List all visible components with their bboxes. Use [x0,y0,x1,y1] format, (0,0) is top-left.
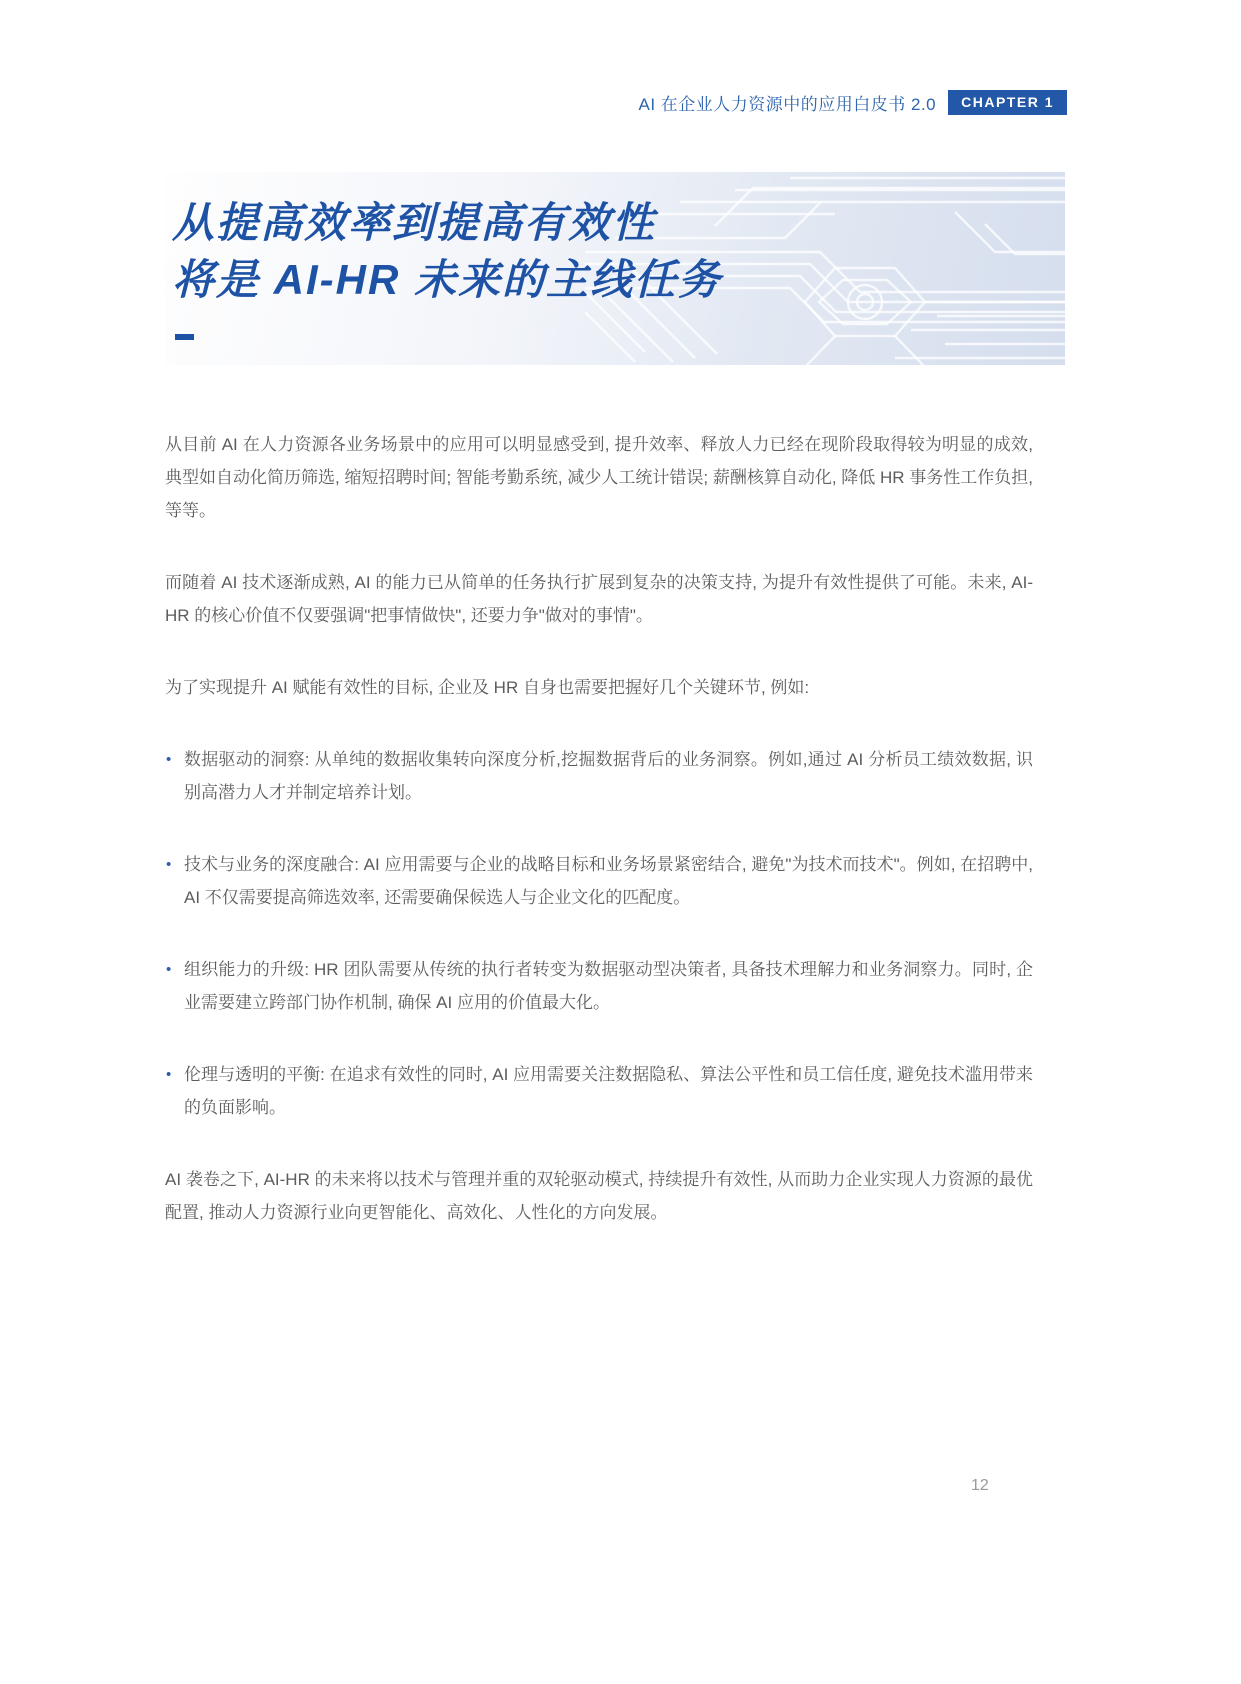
list-item-text: 组织能力的升级: HR 团队需要从传统的执行者转变为数据驱动型决策者, 具备技术… [184,960,1033,1012]
banner-title-line2: 将是 AI-HR 未来的主线任务 [172,251,722,308]
bullet-dot-icon: • [166,743,171,776]
bullet-dot-icon: • [166,848,171,881]
page-number: 12 [971,1477,989,1495]
title-banner: 从提高效率到提高有效性 将是 AI-HR 未来的主线任务 [165,172,1065,365]
paragraph-closing: AI 袭卷之下, AI-HR 的未来将以技术与管理并重的双轮驱动模式, 持续提升… [165,1163,1033,1229]
key-points-list: • 数据驱动的洞察: 从单纯的数据收集转向深度分析,挖掘数据背后的业务洞察。例如… [165,743,1033,1124]
list-item-text: 数据驱动的洞察: 从单纯的数据收集转向深度分析,挖掘数据背后的业务洞察。例如,通… [184,750,1033,802]
paragraph-maturity: 而随着 AI 技术逐渐成熟, AI 的能力已从简单的任务执行扩展到复杂的决策支持… [165,566,1033,632]
list-item: • 技术与业务的深度融合: AI 应用需要与企业的战略目标和业务场景紧密结合, … [165,848,1033,914]
list-item: • 组织能力的升级: HR 团队需要从传统的执行者转变为数据驱动型决策者, 具备… [165,953,1033,1019]
bullet-dot-icon: • [166,1058,171,1091]
banner-title-line1: 从提高效率到提高有效性 [172,194,722,251]
paragraph-lead-in: 为了实现提升 AI 赋能有效性的目标, 企业及 HR 自身也需要把握好几个关键环… [165,671,1033,704]
list-item: • 数据驱动的洞察: 从单纯的数据收集转向深度分析,挖掘数据背后的业务洞察。例如… [165,743,1033,809]
paragraph-intro: 从目前 AI 在人力资源各业务场景中的应用可以明显感受到, 提升效率、释放人力已… [165,428,1033,527]
bullet-dot-icon: • [166,953,171,986]
list-item-text: 技术与业务的深度融合: AI 应用需要与企业的战略目标和业务场景紧密结合, 避免… [184,855,1033,907]
doc-title: AI 在企业人力资源中的应用白皮书 2.0 [639,90,937,115]
page-header: AI 在企业人力资源中的应用白皮书 2.0 CHAPTER 1 [639,90,1068,115]
list-item: • 伦理与透明的平衡: 在追求有效性的同时, AI 应用需要关注数据隐私、算法公… [165,1058,1033,1124]
list-item-text: 伦理与透明的平衡: 在追求有效性的同时, AI 应用需要关注数据隐私、算法公平性… [184,1065,1033,1117]
document-page: AI 在企业人力资源中的应用白皮书 2.0 CHAPTER 1 [0,0,1241,1684]
body-copy: 从目前 AI 在人力资源各业务场景中的应用可以明显感受到, 提升效率、释放人力已… [165,428,1033,1229]
banner-dash-icon [175,334,194,340]
chapter-badge: CHAPTER 1 [948,90,1067,115]
banner-title-block: 从提高效率到提高有效性 将是 AI-HR 未来的主线任务 [172,194,722,340]
